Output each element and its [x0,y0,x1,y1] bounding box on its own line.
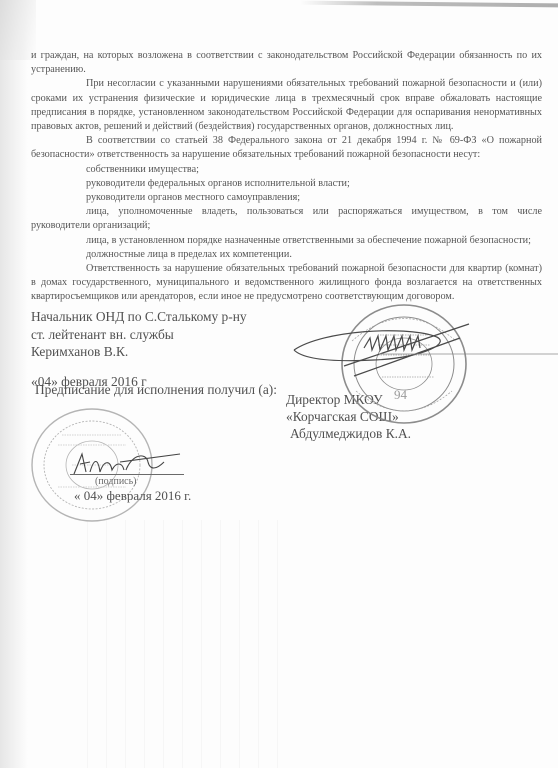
signature-line [70,474,184,475]
page-edge-shadow [0,0,28,768]
issuer-rank: ст. лейтенант вн. службы [31,326,247,344]
issuer-signature-block: Начальник ОНД по С.Сталькому р-ну ст. ле… [31,308,247,390]
issuer-position: Начальник ОНД по С.Сталькому р-ну [31,308,247,326]
scanned-page: и граждан, на которых возложена в соотве… [0,0,558,768]
issuer-name: Керимханов В.К. [31,343,247,361]
recipient-name: Абдулмеджидов К.А. [286,425,411,442]
signature-caption: (подпись) [95,476,137,487]
paragraph-article-38: В соответствии со статьей 38 Федеральног… [31,134,542,162]
list-item: лица, уполномоченные владеть, пользовать… [31,205,542,233]
director-signature-icon [284,318,558,378]
recipient-date: « 04» февраля 2016 г. [74,488,191,504]
list-item: собственники имущества; [31,163,542,177]
paragraph-appeal: При несогласии с указанными нарушениями … [31,77,542,134]
paragraph-continuation: и граждан, на которых возложена в соотве… [31,49,542,77]
list-item: руководители органов местного самоуправл… [31,191,542,205]
svg-text:94: 94 [394,387,408,402]
list-item: должностные лица в пределах их компетенц… [31,248,542,262]
received-label: Предписание для исполнения получил (а): [35,382,277,398]
scan-artifacts [80,520,290,768]
list-item: руководители федеральных органов исполни… [31,177,542,191]
paragraph-housing-responsibility: Ответственность за нарушение обязательны… [31,262,542,305]
list-item: лица, в установленном порядке назначенны… [31,234,542,248]
top-edge-shadow [300,1,558,8]
document-body: и граждан, на которых возложена в соотве… [31,49,542,305]
